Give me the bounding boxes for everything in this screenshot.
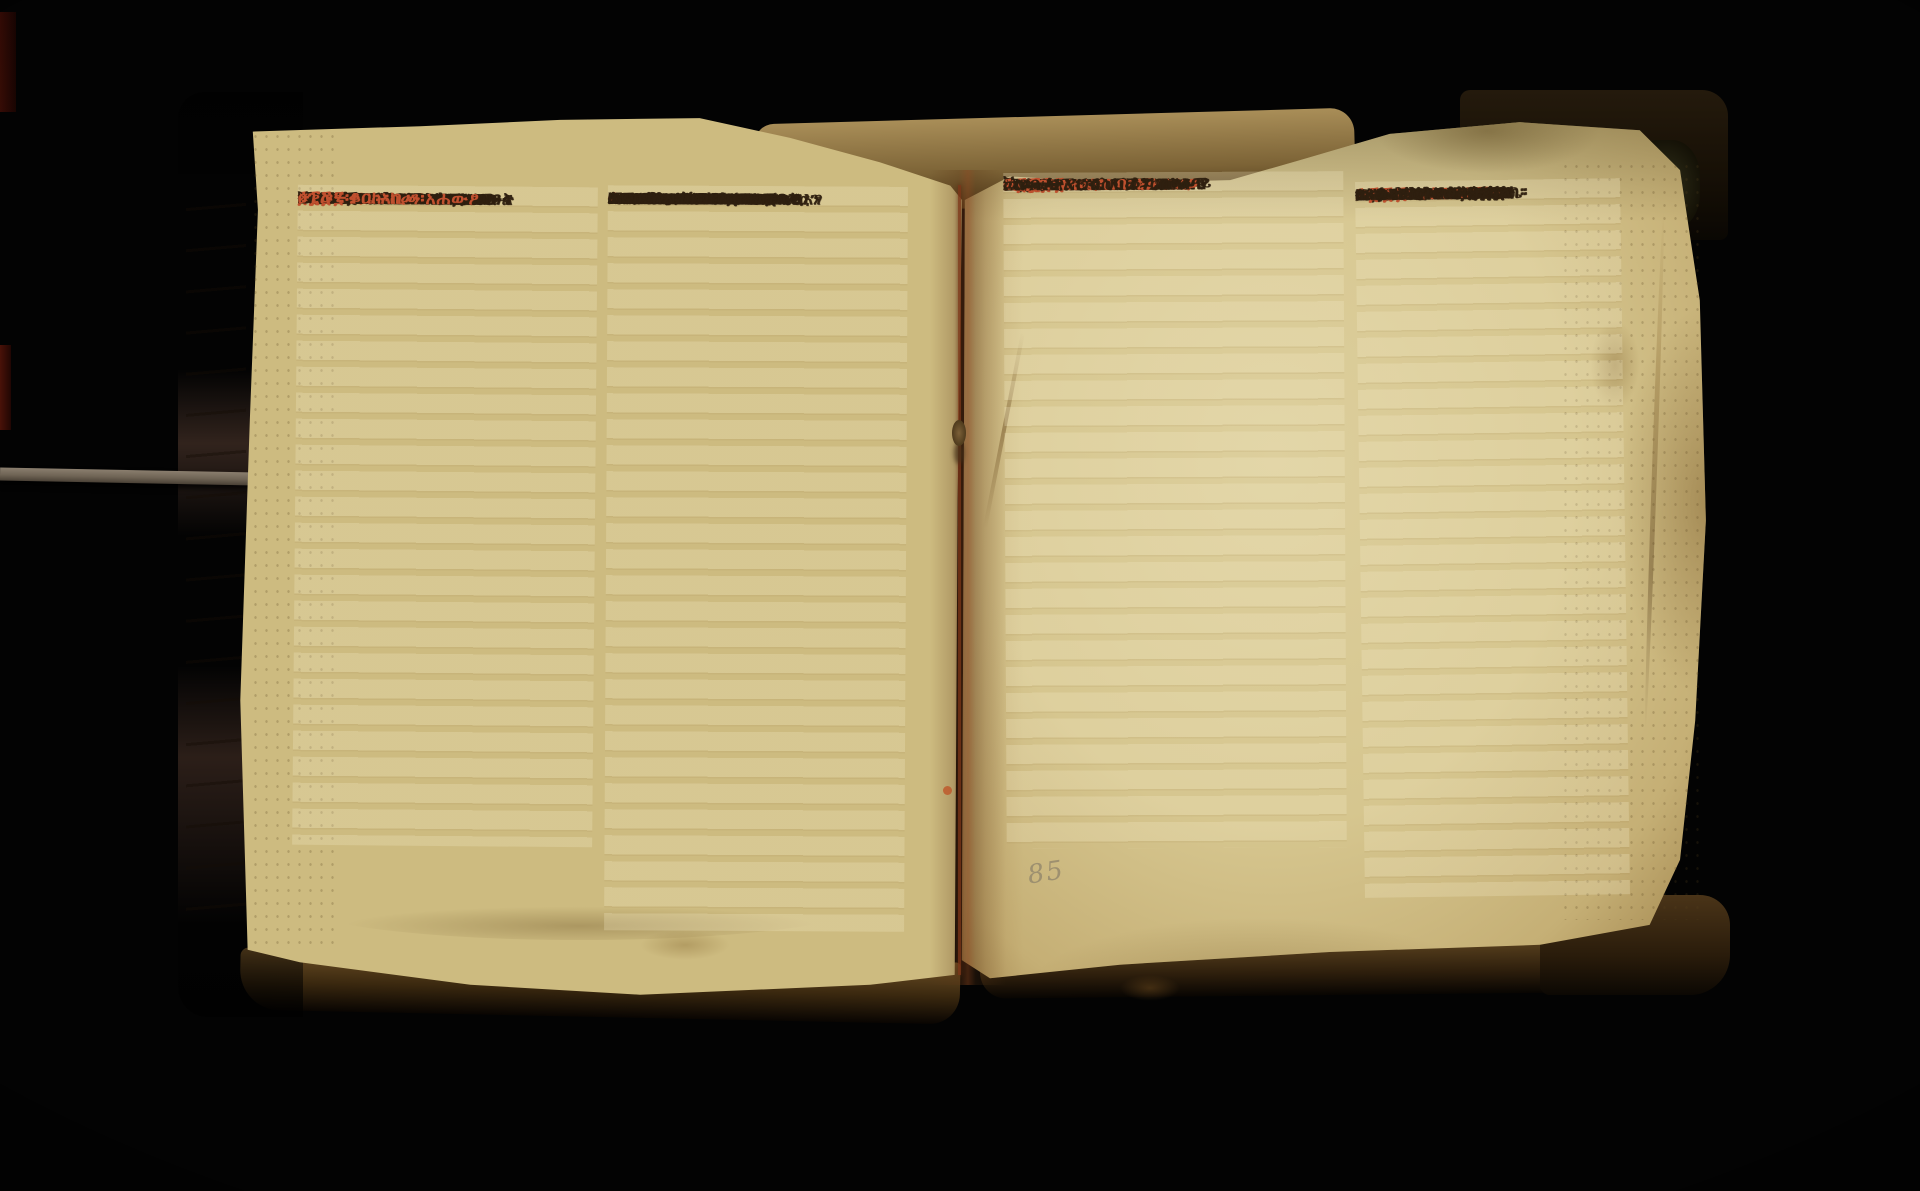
left-page-column-1: ፍቁ፡ዕቁ፡እሙዝ፡ዓለሙ፠ወይቤሎ፡ለአረጋዪ፡ቅሔር፡ኢየሐሰሴም፡ከሙ፡ን… [292, 185, 598, 848]
cover-sliver [0, 345, 11, 430]
right-page-column-2: በእቲቱ፡ፍቅር፡ነፂ፡ጎፉር፡ጃጠሬ፡ኤና፡ከሙ፡ንጻቤ፡በህዮ፠ወሐረ፡መለ… [1355, 178, 1630, 898]
gutter-shadow [930, 170, 1006, 985]
left-page-column-2: ለእብ፡ሎሱ፡ዘሃደዩ፡ቁቁ፡ሰናሁወፈለስ፡ወበጻሐኩ÷በ፡ማዒዳወጕድ፡ጕደ… [604, 185, 908, 932]
cover-sliver [0, 12, 16, 112]
manuscript-photo: ፍቁ፡ዕቁ፡እሙዝ፡ዓለሙ፠ወይቤሎ፡ለአረጋዪ፡ቅሔር፡ኢየሐሰሴም፡ከሙ፡ን… [0, 0, 1920, 1191]
stain [1120, 975, 1180, 1001]
right-page-column-1: ሮ፠፻፸፰፡አረጋዪ፡ሮማዊ፡ስሙ፡እባ፡በጥሪቆ፡በጽሐ፡መቆዕሌሁ፡ጥእቱ፡… [1003, 171, 1347, 849]
fore-edge-sewing-marks [186, 170, 246, 930]
rubric-text: ዐጊሉ÷ቀርኩ፡ከሙ፡አሐውፆ [298, 185, 480, 213]
ink-text: ወይቤሎ [1003, 173, 1061, 199]
ink-text: ሕናሁ፡ለእግዚ፡ዚእብሔ [608, 185, 762, 212]
ink-text: ጡመ፡ዮርጒ፡ወጿት፡ዕል [1355, 180, 1512, 208]
gutter-crease [958, 185, 961, 975]
stain [640, 930, 730, 960]
red-ink-spot [943, 786, 952, 795]
binding-stitch [952, 420, 966, 446]
